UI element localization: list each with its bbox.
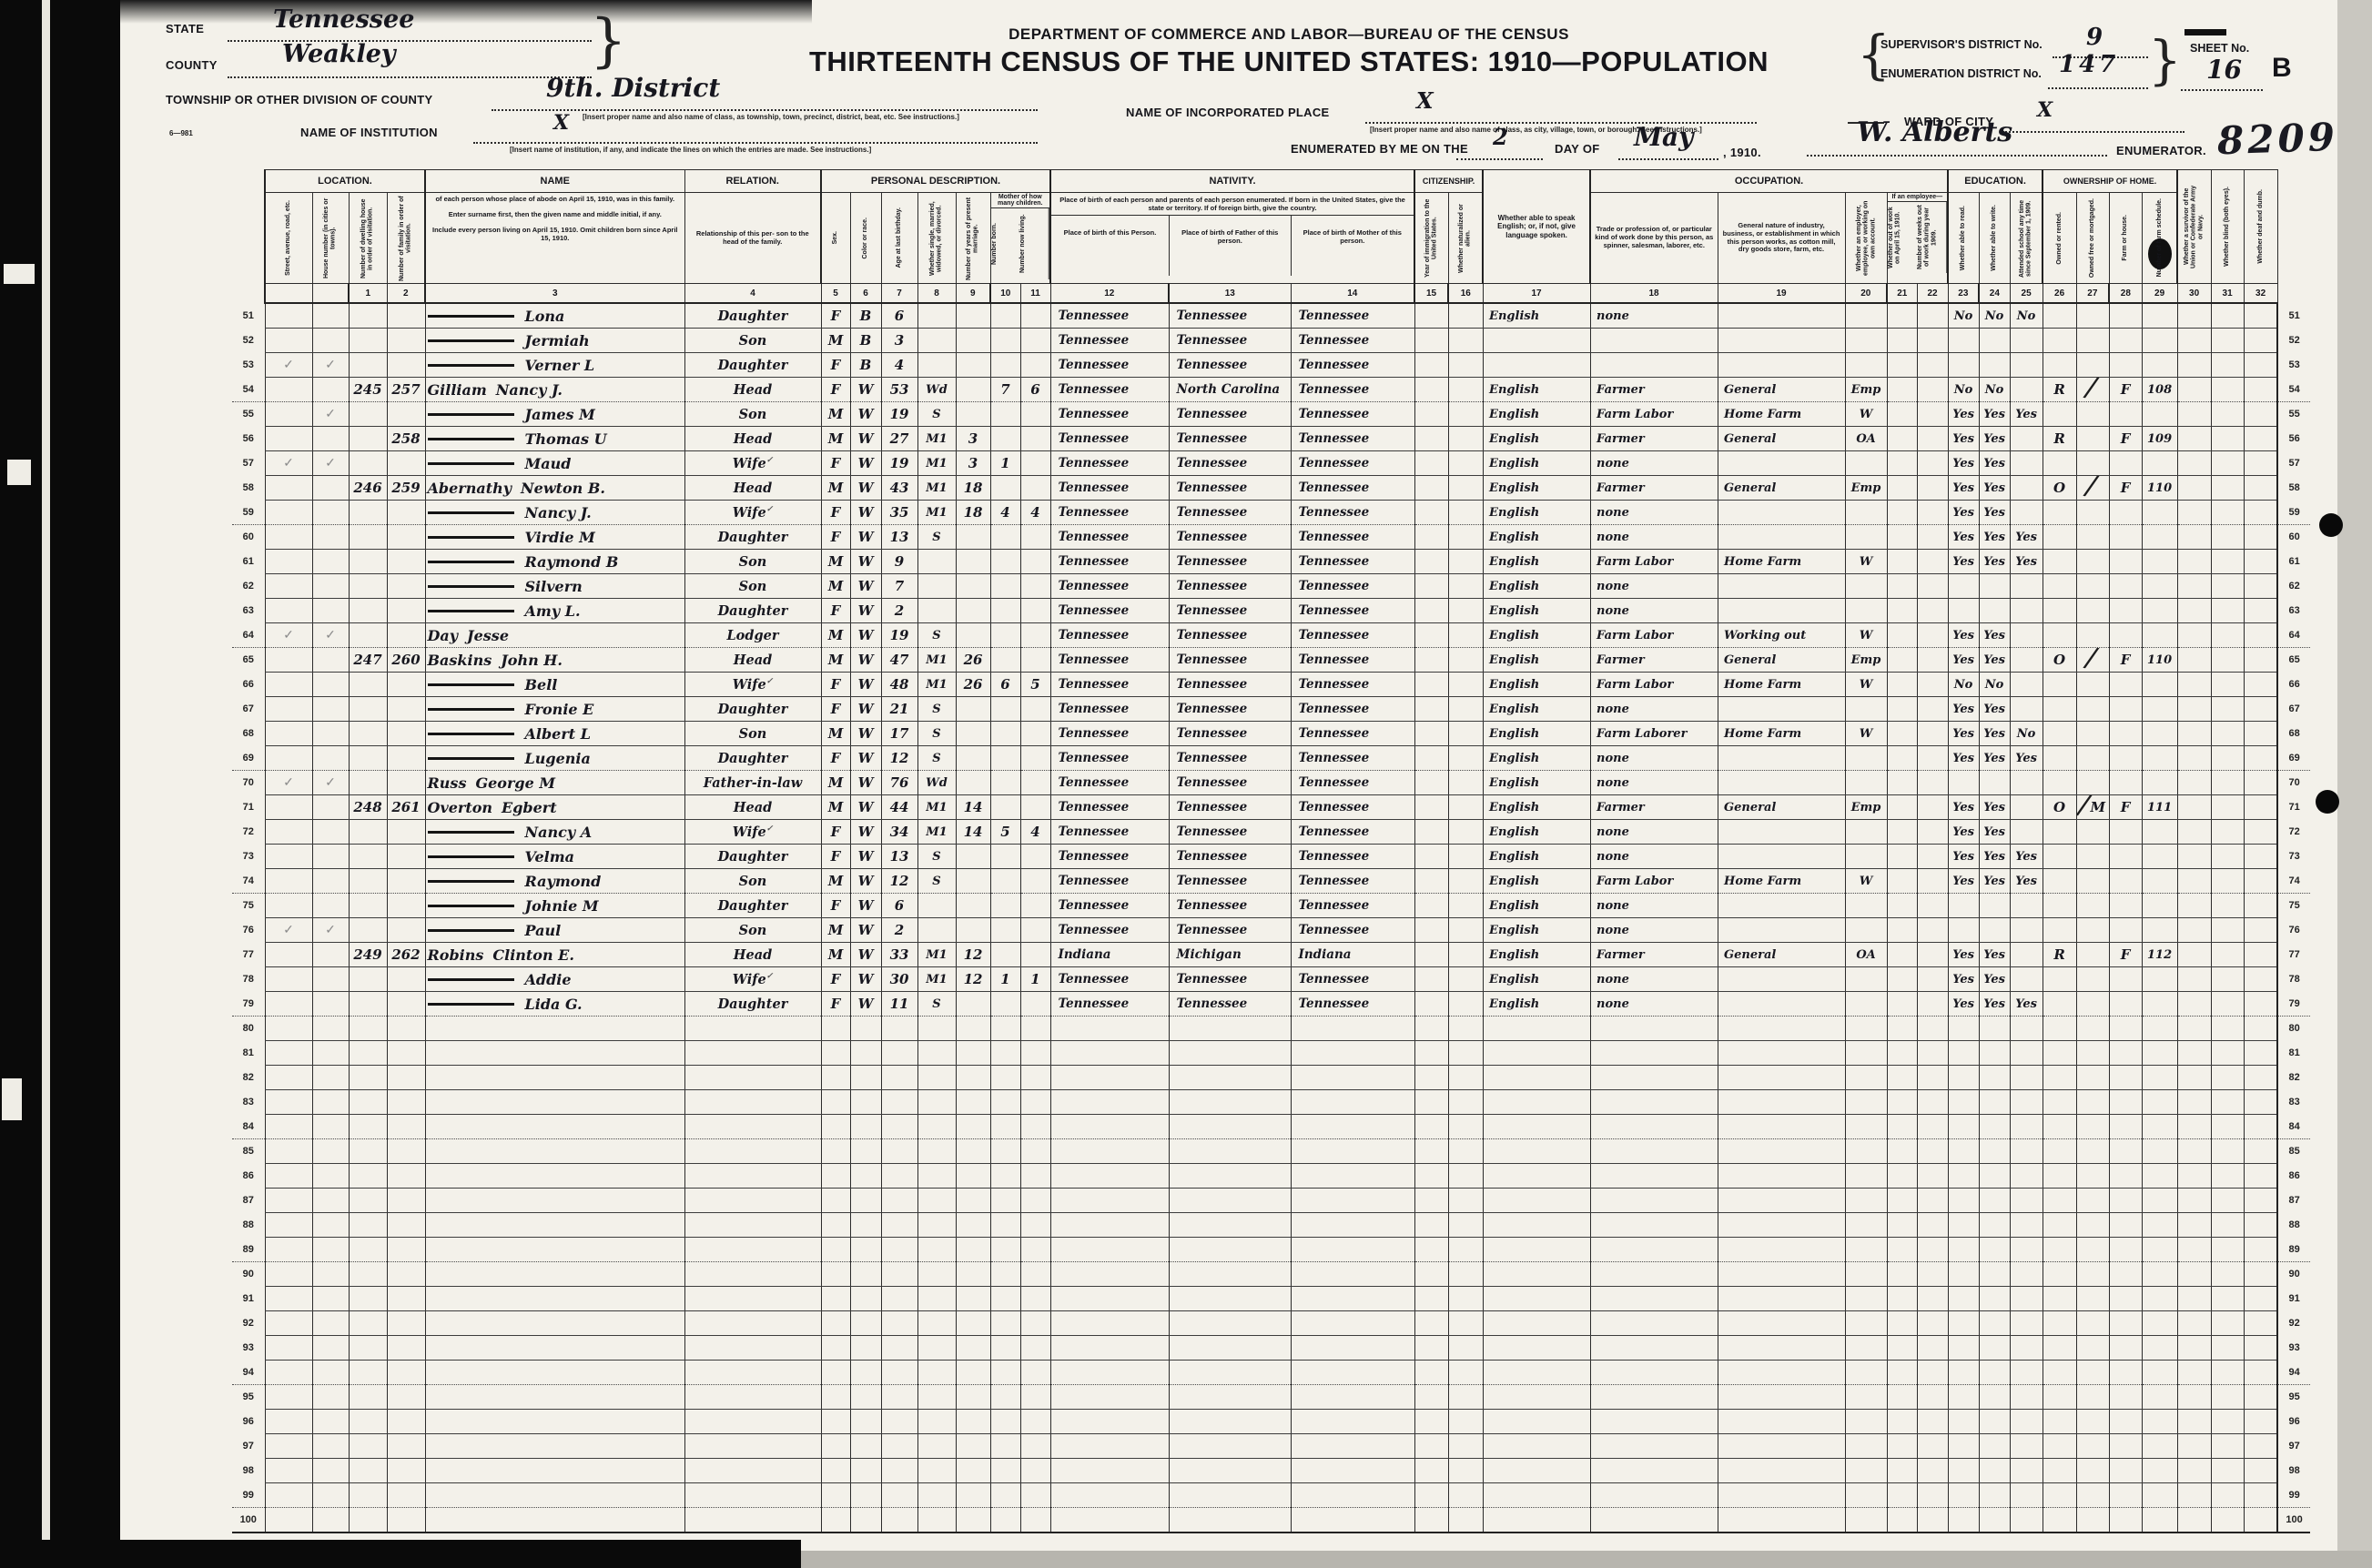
dwelling-number — [349, 722, 387, 746]
person-name: Verner L — [425, 353, 684, 378]
can-read — [1948, 1164, 1979, 1189]
free-mortgaged — [2076, 1483, 2109, 1508]
out-of-work — [1887, 1336, 1917, 1361]
survivor — [2177, 623, 2211, 648]
attended-school — [2010, 1361, 2043, 1385]
naturalized — [1448, 1410, 1483, 1434]
trade — [1590, 1262, 1718, 1287]
industry — [1718, 353, 1845, 378]
table-row: 73VelmaDaughterFW13STennesseeTennesseeTe… — [232, 845, 2310, 869]
trade: Farmer — [1590, 795, 1718, 820]
tick-mark — [265, 894, 312, 918]
family-number — [387, 1262, 425, 1287]
tick-mark: ✓ — [265, 623, 312, 648]
col-survivor: Whether a survivor of the Union or Confe… — [2177, 170, 2211, 284]
relation — [684, 1508, 821, 1533]
row-number-left: 79 — [232, 992, 265, 1017]
children-born — [990, 1311, 1020, 1336]
industry — [1718, 1311, 1845, 1336]
age: 2 — [881, 918, 917, 943]
can-read — [1948, 1459, 1979, 1483]
relation: Father-in-law — [684, 771, 821, 795]
employer-status — [1845, 697, 1887, 722]
sex: M — [821, 550, 850, 574]
owned-rented — [2043, 722, 2076, 746]
attended-school — [2010, 1311, 2043, 1336]
row-number-left: 100 — [232, 1508, 265, 1533]
can-read: No — [1948, 673, 1979, 697]
naturalized — [1448, 501, 1483, 525]
free-mortgaged — [2076, 1115, 2109, 1139]
marital-status: S — [917, 722, 956, 746]
farm-schedule-number: 110 — [2142, 476, 2177, 501]
col-industry-desc: General nature of industry, business, or… — [1718, 193, 1845, 284]
children-living — [1020, 943, 1050, 967]
birthplace-father — [1169, 1115, 1291, 1139]
column-number: 10 — [990, 284, 1020, 304]
dwelling-number — [349, 1336, 387, 1361]
marital-status: M1 — [917, 673, 956, 697]
scan-shadow-top — [120, 0, 812, 24]
speaks-english — [1483, 1213, 1590, 1238]
out-of-work — [1887, 1410, 1917, 1434]
tick-mark — [312, 525, 349, 550]
color-race — [850, 1066, 881, 1090]
sex — [821, 1238, 850, 1262]
can-write — [1979, 1287, 2010, 1311]
table-row: 51LonaDaughterFB6TennesseeTennesseeTenne… — [232, 303, 2310, 329]
employer-status — [1845, 1041, 1887, 1066]
years-married — [956, 845, 990, 869]
weeks-out — [1917, 722, 1948, 746]
trade: none — [1590, 525, 1718, 550]
tick-mark — [265, 1336, 312, 1361]
out-of-work — [1887, 1017, 1917, 1041]
industry — [1718, 599, 1845, 623]
speaks-english — [1483, 1361, 1590, 1385]
year-immigration — [1414, 1311, 1448, 1336]
birthplace-person — [1050, 1115, 1169, 1139]
tick-mark — [312, 1262, 349, 1287]
farm-or-house — [2109, 1410, 2142, 1434]
sex: F — [821, 353, 850, 378]
industry — [1718, 1139, 1845, 1164]
can-write: Yes — [1979, 820, 2010, 845]
farm-or-house — [2109, 353, 2142, 378]
children-living — [1020, 1139, 1050, 1164]
punch-hole — [2319, 513, 2343, 537]
group-name: NAME — [425, 170, 684, 193]
children-born — [990, 427, 1020, 451]
speaks-english: English — [1483, 451, 1590, 476]
dwelling-number — [349, 402, 387, 427]
tick-mark — [312, 1115, 349, 1139]
survivor — [2177, 918, 2211, 943]
industry — [1718, 303, 1845, 329]
row-number-left: 82 — [232, 1066, 265, 1090]
birthplace-father: Tennessee — [1169, 303, 1291, 329]
farm-schedule-number — [2142, 1459, 2177, 1483]
speaks-english — [1483, 1066, 1590, 1090]
row-number-left: 78 — [232, 967, 265, 992]
children-born — [990, 869, 1020, 894]
free-mortgaged — [2076, 697, 2109, 722]
birthplace-mother — [1291, 1066, 1414, 1090]
children-living — [1020, 1459, 1050, 1483]
col-blind: Whether blind (both eyes). — [2211, 170, 2244, 284]
children-living — [1020, 1066, 1050, 1090]
dwelling-number — [349, 623, 387, 648]
year-immigration — [1414, 1262, 1448, 1287]
attended-school — [2010, 1385, 2043, 1410]
employer-status: W — [1845, 402, 1887, 427]
supervisor-district-value: 9 — [2086, 24, 2103, 51]
free-mortgaged — [2076, 1410, 2109, 1434]
children-living — [1020, 550, 1050, 574]
owned-rented — [2043, 303, 2076, 329]
blind — [2211, 1189, 2244, 1213]
out-of-work — [1887, 1287, 1917, 1311]
birthplace-person — [1050, 1434, 1169, 1459]
birthplace-mother — [1291, 1385, 1414, 1410]
column-number: 1 — [349, 284, 387, 304]
naturalized — [1448, 550, 1483, 574]
year-immigration — [1414, 1361, 1448, 1385]
trade: Farm Labor — [1590, 673, 1718, 697]
birthplace-person — [1050, 1311, 1169, 1336]
free-mortgaged — [2076, 845, 2109, 869]
blind — [2211, 918, 2244, 943]
children-living — [1020, 1189, 1050, 1213]
ditto-line — [428, 610, 514, 612]
employer-status — [1845, 1164, 1887, 1189]
color-race: W — [850, 525, 881, 550]
tick-mark — [265, 1066, 312, 1090]
ditto-line — [428, 438, 514, 440]
row-number-left: 77 — [232, 943, 265, 967]
column-number: 11 — [1020, 284, 1050, 304]
color-race: W — [850, 894, 881, 918]
blind — [2211, 1041, 2244, 1066]
weeks-out — [1917, 1262, 1948, 1287]
owned-rented — [2043, 402, 2076, 427]
sheet-mark — [2184, 29, 2226, 35]
employer-status: Emp — [1845, 795, 1887, 820]
year-immigration — [1414, 795, 1448, 820]
farm-schedule-number — [2142, 1139, 2177, 1164]
birthplace-person: Tennessee — [1050, 673, 1169, 697]
employer-status — [1845, 1017, 1887, 1041]
speaks-english — [1483, 1238, 1590, 1262]
naturalized — [1448, 1459, 1483, 1483]
attended-school: Yes — [2010, 550, 2043, 574]
age — [881, 1164, 917, 1189]
blind — [2211, 1459, 2244, 1483]
weeks-out — [1917, 918, 1948, 943]
blind — [2211, 1090, 2244, 1115]
industry: General — [1718, 648, 1845, 673]
children-born — [990, 1213, 1020, 1238]
row-number-right: 79 — [2277, 992, 2310, 1017]
industry — [1718, 1361, 1845, 1385]
blind — [2211, 427, 2244, 451]
birthplace-person — [1050, 1459, 1169, 1483]
deaf-dumb — [2244, 1090, 2277, 1115]
out-of-work — [1887, 918, 1917, 943]
family-number — [387, 1483, 425, 1508]
owned-rented — [2043, 1066, 2076, 1090]
ditto-line — [428, 855, 514, 858]
children-living — [1020, 1213, 1050, 1238]
attended-school — [2010, 501, 2043, 525]
table-row: 74RaymondSonMW12STennesseeTennesseeTenne… — [232, 869, 2310, 894]
owned-rented — [2043, 353, 2076, 378]
blind — [2211, 894, 2244, 918]
color-race: B — [850, 303, 881, 329]
out-of-work — [1887, 795, 1917, 820]
can-read: Yes — [1948, 795, 1979, 820]
age: 13 — [881, 845, 917, 869]
sex — [821, 1287, 850, 1311]
color-race: W — [850, 550, 881, 574]
color-race — [850, 1311, 881, 1336]
relation — [684, 1164, 821, 1189]
sex — [821, 1115, 850, 1139]
family-number: 262 — [387, 943, 425, 967]
years-married — [956, 623, 990, 648]
birthplace-person: Tennessee — [1050, 402, 1169, 427]
tick-mark: ✓ — [265, 353, 312, 378]
family-number — [387, 599, 425, 623]
children-born — [990, 1483, 1020, 1508]
can-write — [1979, 1017, 2010, 1041]
farm-schedule-number — [2142, 1115, 2177, 1139]
row-number-left: 51 — [232, 303, 265, 329]
owned-rented: O — [2043, 795, 2076, 820]
weeks-out — [1917, 845, 1948, 869]
industry: Home Farm — [1718, 673, 1845, 697]
trade: Farmer — [1590, 378, 1718, 402]
township-value: 9th. District — [546, 73, 720, 103]
year-immigration — [1414, 1385, 1448, 1410]
can-write — [1979, 1238, 2010, 1262]
industry — [1718, 746, 1845, 771]
sex — [821, 1361, 850, 1385]
years-married — [956, 1385, 990, 1410]
can-write — [1979, 1459, 2010, 1483]
person-name: Bell — [425, 673, 684, 697]
paper-edge-bottom — [801, 1551, 2372, 1568]
age — [881, 1459, 917, 1483]
tick-mark — [312, 1385, 349, 1410]
survivor — [2177, 967, 2211, 992]
years-married — [956, 1238, 990, 1262]
farm-schedule-number — [2142, 1066, 2177, 1090]
family-number — [387, 1410, 425, 1434]
owned-rented — [2043, 1336, 2076, 1361]
birthplace-mother: Tennessee — [1291, 845, 1414, 869]
naturalized — [1448, 1385, 1483, 1410]
year-immigration — [1414, 820, 1448, 845]
trade: none — [1590, 967, 1718, 992]
employer-status: W — [1845, 869, 1887, 894]
dwelling-number — [349, 820, 387, 845]
employer-status — [1845, 1238, 1887, 1262]
col-years-married: Number of years of present marriage. — [956, 193, 990, 284]
naturalized — [1448, 353, 1483, 378]
marital-status — [917, 1139, 956, 1164]
attended-school — [2010, 1459, 2043, 1483]
employer-status — [1845, 1139, 1887, 1164]
group-personal: PERSONAL DESCRIPTION. — [821, 170, 1050, 193]
farm-or-house — [2109, 869, 2142, 894]
attended-school: Yes — [2010, 845, 2043, 869]
age: 44 — [881, 795, 917, 820]
person-name — [425, 1238, 684, 1262]
children-born: 1 — [990, 967, 1020, 992]
trade: none — [1590, 574, 1718, 599]
marital-status — [917, 894, 956, 918]
birthplace-father: Tennessee — [1169, 746, 1291, 771]
can-write: Yes — [1979, 476, 2010, 501]
farm-schedule-number — [2142, 1287, 2177, 1311]
row-number-right: 78 — [2277, 967, 2310, 992]
table-row: 8989 — [232, 1238, 2310, 1262]
weeks-out — [1917, 1508, 1948, 1533]
col-marital: Whether single, married, widowed, or div… — [917, 193, 956, 284]
years-married — [956, 992, 990, 1017]
industry — [1718, 1483, 1845, 1508]
slash-mark: / — [2087, 483, 2097, 485]
free-mortgaged: / — [2076, 476, 2109, 501]
survivor — [2177, 329, 2211, 353]
ditto-line — [428, 831, 514, 834]
survivor — [2177, 648, 2211, 673]
speaks-english — [1483, 1311, 1590, 1336]
children-born — [990, 1090, 1020, 1115]
row-number-left: 69 — [232, 746, 265, 771]
group-education: EDUCATION. — [1948, 170, 2043, 193]
marital-status — [917, 353, 956, 378]
row-number-left: 64 — [232, 623, 265, 648]
person-name — [425, 1189, 684, 1213]
weeks-out — [1917, 746, 1948, 771]
sheet-label: SHEET No. — [2190, 42, 2249, 55]
table-row: 9797 — [232, 1434, 2310, 1459]
dwelling-number — [349, 427, 387, 451]
tick-mark — [312, 697, 349, 722]
farm-or-house — [2109, 1238, 2142, 1262]
years-married — [956, 1336, 990, 1361]
row-number-right: 68 — [2277, 722, 2310, 746]
farm-or-house — [2109, 1090, 2142, 1115]
out-of-work — [1887, 1115, 1917, 1139]
year-immigration — [1414, 1041, 1448, 1066]
children-born — [990, 1459, 1020, 1483]
age — [881, 1508, 917, 1533]
marital-status — [917, 1410, 956, 1434]
years-married — [956, 599, 990, 623]
deaf-dumb — [2244, 992, 2277, 1017]
year-immigration — [1414, 1017, 1448, 1041]
deaf-dumb — [2244, 869, 2277, 894]
age — [881, 1238, 917, 1262]
color-race — [850, 1164, 881, 1189]
age: 19 — [881, 623, 917, 648]
sex — [821, 1066, 850, 1090]
children-living — [1020, 648, 1050, 673]
can-read: Yes — [1948, 427, 1979, 451]
employer-status — [1845, 303, 1887, 329]
year-immigration — [1414, 525, 1448, 550]
free-mortgaged — [2076, 427, 2109, 451]
weeks-out — [1917, 1189, 1948, 1213]
trade: Farmer — [1590, 943, 1718, 967]
relation: Daughter — [684, 845, 821, 869]
industry — [1718, 1213, 1845, 1238]
out-of-work — [1887, 525, 1917, 550]
naturalized — [1448, 1311, 1483, 1336]
ditto-line — [428, 1003, 514, 1006]
ditto-line — [428, 708, 514, 711]
row-number-left: 98 — [232, 1459, 265, 1483]
relation: Wife✓ — [684, 673, 821, 697]
birthplace-person: Tennessee — [1050, 795, 1169, 820]
row-number-right: 60 — [2277, 525, 2310, 550]
years-married: 18 — [956, 501, 990, 525]
row-number-left: 85 — [232, 1139, 265, 1164]
row-number-right: 94 — [2277, 1361, 2310, 1385]
dwelling-number — [349, 525, 387, 550]
birthplace-person — [1050, 1361, 1169, 1385]
birthplace-father — [1169, 1483, 1291, 1508]
deaf-dumb — [2244, 525, 2277, 550]
ward-value: X — [2037, 98, 2053, 122]
farm-or-house: F — [2109, 648, 2142, 673]
owned-rented — [2043, 1139, 2076, 1164]
dwelling-number — [349, 1238, 387, 1262]
weeks-out — [1917, 1090, 1948, 1115]
out-of-work — [1887, 574, 1917, 599]
table-row: 79Lida G.DaughterFW11STennesseeTennessee… — [232, 992, 2310, 1017]
out-of-work — [1887, 1090, 1917, 1115]
birthplace-mother — [1291, 1189, 1414, 1213]
row-number-right: 62 — [2277, 574, 2310, 599]
owned-rented — [2043, 1164, 2076, 1189]
col-read: Whether able to read. — [1948, 193, 1979, 284]
farm-schedule-number — [2142, 353, 2177, 378]
tick-mark — [312, 574, 349, 599]
owned-rented — [2043, 820, 2076, 845]
birthplace-mother — [1291, 1311, 1414, 1336]
deaf-dumb — [2244, 378, 2277, 402]
birthplace-mother — [1291, 1336, 1414, 1361]
row-number-right: 64 — [2277, 623, 2310, 648]
farm-schedule-number — [2142, 1213, 2177, 1238]
trade: none — [1590, 303, 1718, 329]
farm-or-house — [2109, 1336, 2142, 1361]
col-deaf: Whether deaf and dumb. — [2244, 170, 2277, 284]
person-name — [425, 1115, 684, 1139]
deaf-dumb — [2244, 1361, 2277, 1385]
marital-status: M1 — [917, 427, 956, 451]
relation — [684, 1434, 821, 1459]
speaks-english: English — [1483, 992, 1590, 1017]
trade: Farm Labor — [1590, 402, 1718, 427]
employer-status — [1845, 918, 1887, 943]
free-mortgaged — [2076, 329, 2109, 353]
speaks-english: English — [1483, 673, 1590, 697]
